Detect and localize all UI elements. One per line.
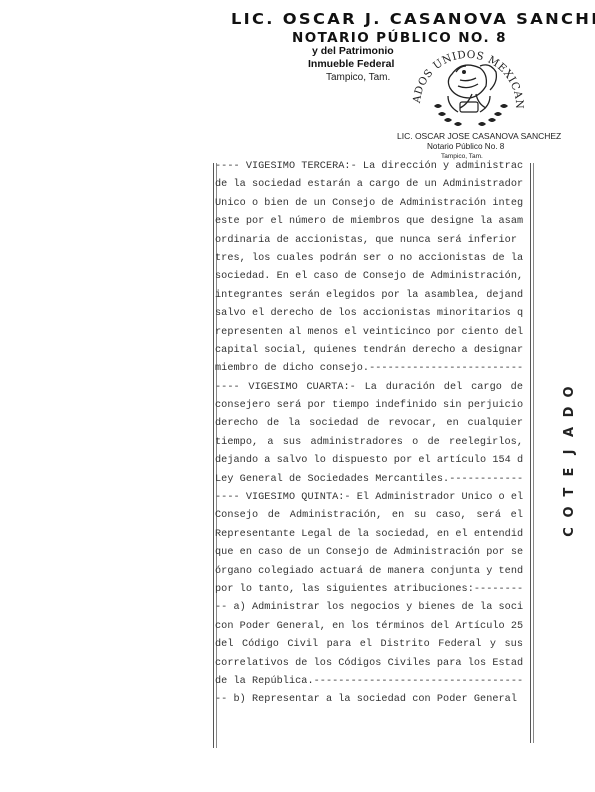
body-line: ---- VIGESIMO CUARTA:- La duración del c…	[215, 379, 523, 397]
body-line: Unico o bien de un Consejo de Administra…	[215, 195, 523, 213]
body-line: del Código Civil para el Distrito Federa…	[215, 636, 523, 654]
body-line: Ley General de Sociedades Mercantiles.--…	[215, 471, 523, 489]
stamp-letter: C	[560, 522, 580, 542]
stamp-letter: D	[560, 402, 580, 422]
seal-caption-title: Notario Público No. 8	[427, 142, 504, 151]
body-line: salvo el derecho de los accionistas mino…	[215, 305, 523, 323]
body-line: dejando a salvo lo dispuesto por el artí…	[215, 452, 523, 470]
notary-subtitle-1: y del Patrimonio	[312, 45, 394, 57]
stamp-letter: O	[560, 502, 580, 522]
body-line: consejero será por tiempo indefinido sin…	[215, 397, 523, 415]
left-margin-rule	[213, 163, 214, 748]
body-line: por lo tanto, las siguientes atribucione…	[215, 581, 523, 599]
body-line: -- b) Representar a la sociedad con Pode…	[215, 691, 523, 709]
mexican-coat-of-arms-icon: ESTADOS UNIDOS MEXICANOS	[400, 36, 535, 131]
body-line: capital social, quienes tendrán derecho …	[215, 342, 523, 360]
body-line: que en caso de un Consejo de Administrac…	[215, 544, 523, 562]
seal-caption-name: LIC. OSCAR JOSE CASANOVA SANCHEZ	[397, 131, 561, 141]
stamp-letter: O	[560, 382, 580, 402]
body-line: tiempo, a sus administradores o de reele…	[215, 434, 523, 452]
body-line: ---- VIGESIMO QUINTA:- El Administrador …	[215, 489, 523, 507]
cotejado-stamp: ODAJETOC	[560, 382, 580, 562]
body-line: tres, los cuales podrán ser o no accioni…	[215, 250, 523, 268]
right-margin-rule-inner	[533, 163, 534, 743]
body-line: integrantes serán elegidos por la asambl…	[215, 287, 523, 305]
document-body: ---- VIGESIMO TERCERA:- La dirección y a…	[215, 158, 523, 710]
stamp-letter: T	[560, 482, 580, 502]
body-line: -- a) Administrar los negocios y bienes …	[215, 599, 523, 617]
notary-subtitle-2: Inmueble Federal	[308, 58, 394, 70]
body-line: Consejo de Administración, en su caso, s…	[215, 507, 523, 525]
body-line: ---- VIGESIMO TERCERA:- La dirección y a…	[215, 158, 523, 176]
body-line: con Poder General, en los términos del A…	[215, 618, 523, 636]
body-line: de la sociedad estarán a cargo de un Adm…	[215, 176, 523, 194]
body-line: este por el número de miembros que desig…	[215, 213, 523, 231]
body-line: representen al menos el veinticinco por …	[215, 324, 523, 342]
notary-name: LIC. OSCAR J. CASANOVA SANCHEZ	[231, 10, 595, 28]
stamp-letter: E	[560, 462, 580, 482]
body-line: miembro de dicho consejo.---------------…	[215, 360, 523, 378]
stamp-letter: A	[560, 422, 580, 442]
body-line: correlativos de los Códigos Civiles para…	[215, 655, 523, 673]
body-line: Representante Legal de la sociedad, en e…	[215, 526, 523, 544]
stamp-letter: J	[560, 442, 580, 462]
body-line: sociedad. En el caso de Consejo de Admin…	[215, 268, 523, 286]
right-margin-rule	[530, 163, 531, 743]
body-line: ordinaria de accionistas, que nunca será…	[215, 232, 523, 250]
body-line: de la República.------------------------…	[215, 673, 523, 691]
body-line: órgano colegiado actuará de manera conju…	[215, 563, 523, 581]
notary-city: Tampico, Tam.	[326, 72, 390, 83]
body-line: derecho de la sociedad de revocar, en cu…	[215, 415, 523, 433]
